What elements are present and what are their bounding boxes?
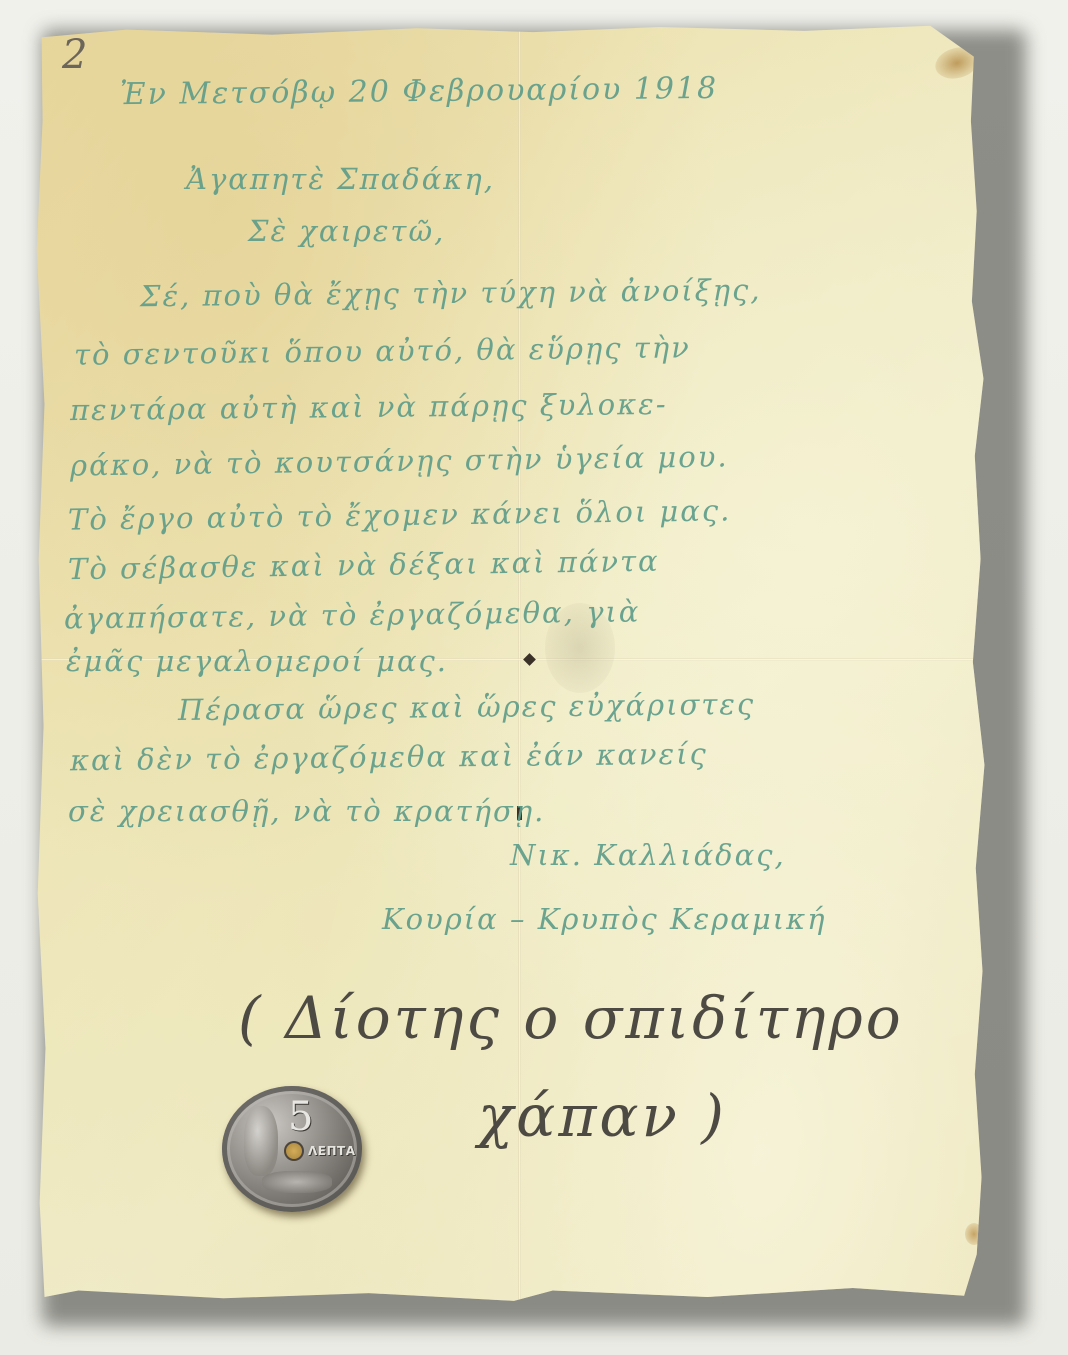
body-line: καὶ δὲν τὸ ἐργαζόμεθα καὶ ἐάν κανείς	[70, 737, 708, 778]
salutation-line-2: Σὲ χαιρετῶ,	[248, 214, 445, 248]
photo-stage: 2 Ἐν Μετσόβῳ 20 Φεβρουαρίου 1918 Ἀγαπητὲ…	[0, 0, 1068, 1355]
pencil-note-line-1: ( Δίοτης ο σπιδίτηρο	[238, 984, 904, 1052]
body-line: πεντάρα αὐτὴ καὶ νὰ πάρῃς ξυλοκε-	[70, 387, 668, 427]
body-line: Τὸ σέβασθε καὶ νὰ δέξαι καὶ πάντα	[68, 544, 660, 586]
body-line: ἐμᾶς μεγαλομεροί μας.	[66, 644, 448, 678]
coin-center-hole	[284, 1141, 304, 1161]
body-line: σὲ χρειασθῇ, νὰ τὸ κρατήσῃ.	[68, 794, 545, 828]
body-line: ἀγαπήσατε, νὰ τὸ ἐργαζόμεθα, γιὰ	[64, 594, 641, 635]
letter-paper: 2 Ἐν Μετσόβῳ 20 Φεβρουαρίου 1918 Ἀγαπητὲ…	[30, 18, 998, 1306]
ink-blot	[523, 653, 536, 666]
page-number: 2	[62, 32, 90, 78]
body-line: Σέ, ποὺ θὰ ἔχῃς τὴν τύχη νὰ ἀνοίξῃς,	[140, 273, 762, 314]
pencil-note-line-2: χάπαν )	[478, 1082, 727, 1150]
coin-value: 5	[288, 1094, 313, 1140]
signature-title: Κουρία – Κρυπὸς Κεραμική	[382, 902, 826, 936]
coin-unit: ΛΕΠΤΑ	[308, 1144, 356, 1158]
body-line: τὸ σεντοῦκι ὅπου αὐτό, θὰ εὕρῃς τὴν	[74, 330, 691, 372]
owl-icon	[244, 1106, 278, 1176]
body-line: ράκο, νὰ τὸ κουτσάνῃς στὴν ὑγεία μου.	[70, 439, 729, 482]
five-lepta-coin: 5 ΛΕΠΤΑ	[222, 1086, 362, 1212]
date-line: Ἐν Μετσόβῳ 20 Φεβρουαρίου 1918	[120, 71, 719, 112]
olive-branch-icon	[262, 1171, 332, 1193]
signature-name: Νικ. Καλλιάδας,	[510, 838, 786, 872]
body-line: Πέρασα ὥρες καὶ ὥρες εὐχάριστες	[178, 687, 755, 727]
body-line: Τὸ ἔργο αὐτὸ τὸ ἔχομεν κάνει ὅλοι μας.	[68, 493, 732, 536]
salutation-line-1: Ἀγαπητὲ Σπαδάκη,	[186, 162, 495, 196]
